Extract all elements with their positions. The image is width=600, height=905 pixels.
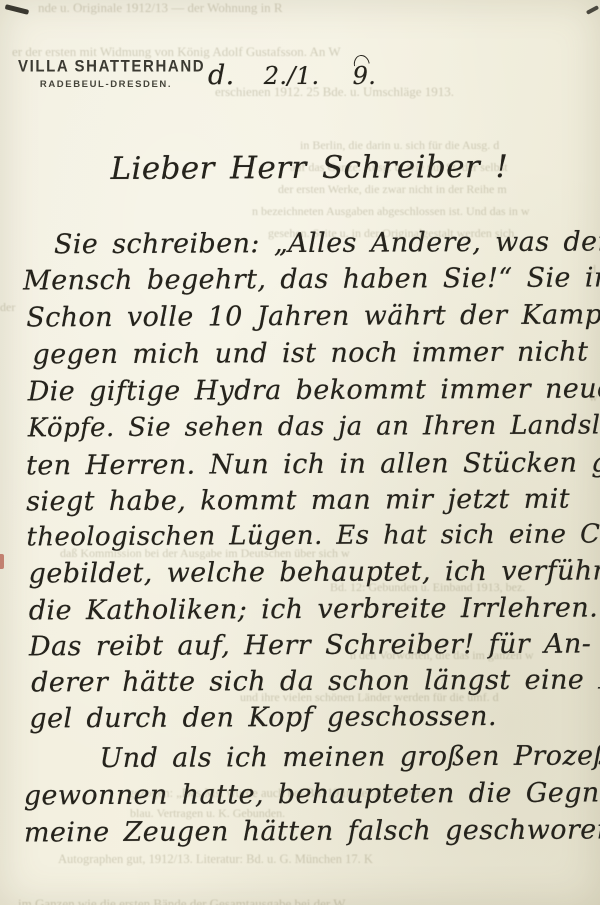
handwriting-line: Die giftige Hydra bekommt immer neue bbox=[28, 373, 600, 407]
handwriting-line: Und als ich meinen großen Prozeß bbox=[100, 740, 600, 774]
handwriting-line: gel durch den Kopf geschossen. bbox=[29, 701, 497, 734]
handwriting-line: gebildet, welche behauptet, ich verführe bbox=[29, 555, 600, 589]
handwriting-line: Köpfe. Sie sehen das ja an Ihren Landsle… bbox=[28, 410, 600, 443]
handwriting-line: ten Herren. Nun ich in allen Stücken ge- bbox=[26, 447, 600, 481]
handwriting-layer: Lieber Herr Schreiber ! Sie schreiben: „… bbox=[0, 0, 600, 905]
handwriting-line: gewonnen hatte, behaupteten die Gegner, bbox=[24, 777, 600, 811]
handwriting-line: theologischen Lügen. Es hat sich eine Cl… bbox=[26, 519, 600, 552]
handwriting-line: Mensch begehrt, das haben Sie!“ Sie irre… bbox=[23, 262, 600, 296]
handwriting-line: siegt habe, kommt man mir jetzt mit bbox=[26, 484, 570, 518]
handwriting-line: Schon volle 10 Jahren währt der Kampf bbox=[26, 299, 600, 333]
handwriting-line: Sie schreiben: „Alles Andere, was der bbox=[54, 226, 600, 260]
handwriting-line: gegen mich und ist noch immer nicht aus. bbox=[32, 336, 600, 370]
letter-page: nde u. Originale 1912/13 — der Wohnung i… bbox=[0, 0, 600, 905]
handwriting-line: die Katholiken; ich verbreite Irrlehren. bbox=[29, 592, 598, 626]
handwriting-line: Das reibt auf, Herr Schreiber! für An- bbox=[29, 628, 591, 662]
body-lines: Sie schreiben: „Alles Andere, was derMen… bbox=[0, 0, 598, 2]
handwriting-line: derer hätte sich da schon längst eine Ku… bbox=[31, 664, 600, 698]
handwriting-line: meine Zeugen hätten falsch geschworen, bbox=[24, 814, 600, 848]
salutation-line: Lieber Herr Schreiber ! bbox=[110, 149, 508, 187]
